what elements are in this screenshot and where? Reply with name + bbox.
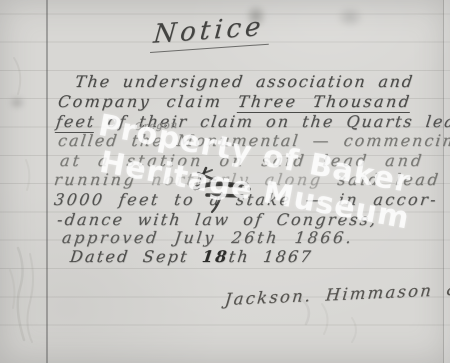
ink-smudge-top-right	[336, 6, 364, 28]
margin-smudge	[8, 95, 26, 110]
ink-scribble	[178, 158, 278, 216]
scanned-document-page: Notice The undersigned association and C…	[0, 0, 450, 363]
handwritten-line-2: Company claim Three Thousand	[57, 92, 413, 111]
page-edge-strip	[444, 0, 450, 363]
margin-rule-line	[46, 0, 48, 363]
handwritten-line-9: approved July 26th 1866.	[61, 228, 355, 247]
handwritten-line-1: The undersigned association and	[74, 72, 415, 91]
notice-title: Notice	[150, 11, 272, 53]
interline-annotation: Oregon	[134, 120, 178, 133]
handwritten-line-3: feet of their claim on the Quarts lead	[55, 112, 450, 131]
handwritten-line-4: called the Monumental — commencing	[57, 131, 450, 150]
handwritten-line-10: Dated Sept 18th 1867	[69, 247, 314, 266]
signature: Jackson. Himmason & Co	[224, 278, 450, 309]
